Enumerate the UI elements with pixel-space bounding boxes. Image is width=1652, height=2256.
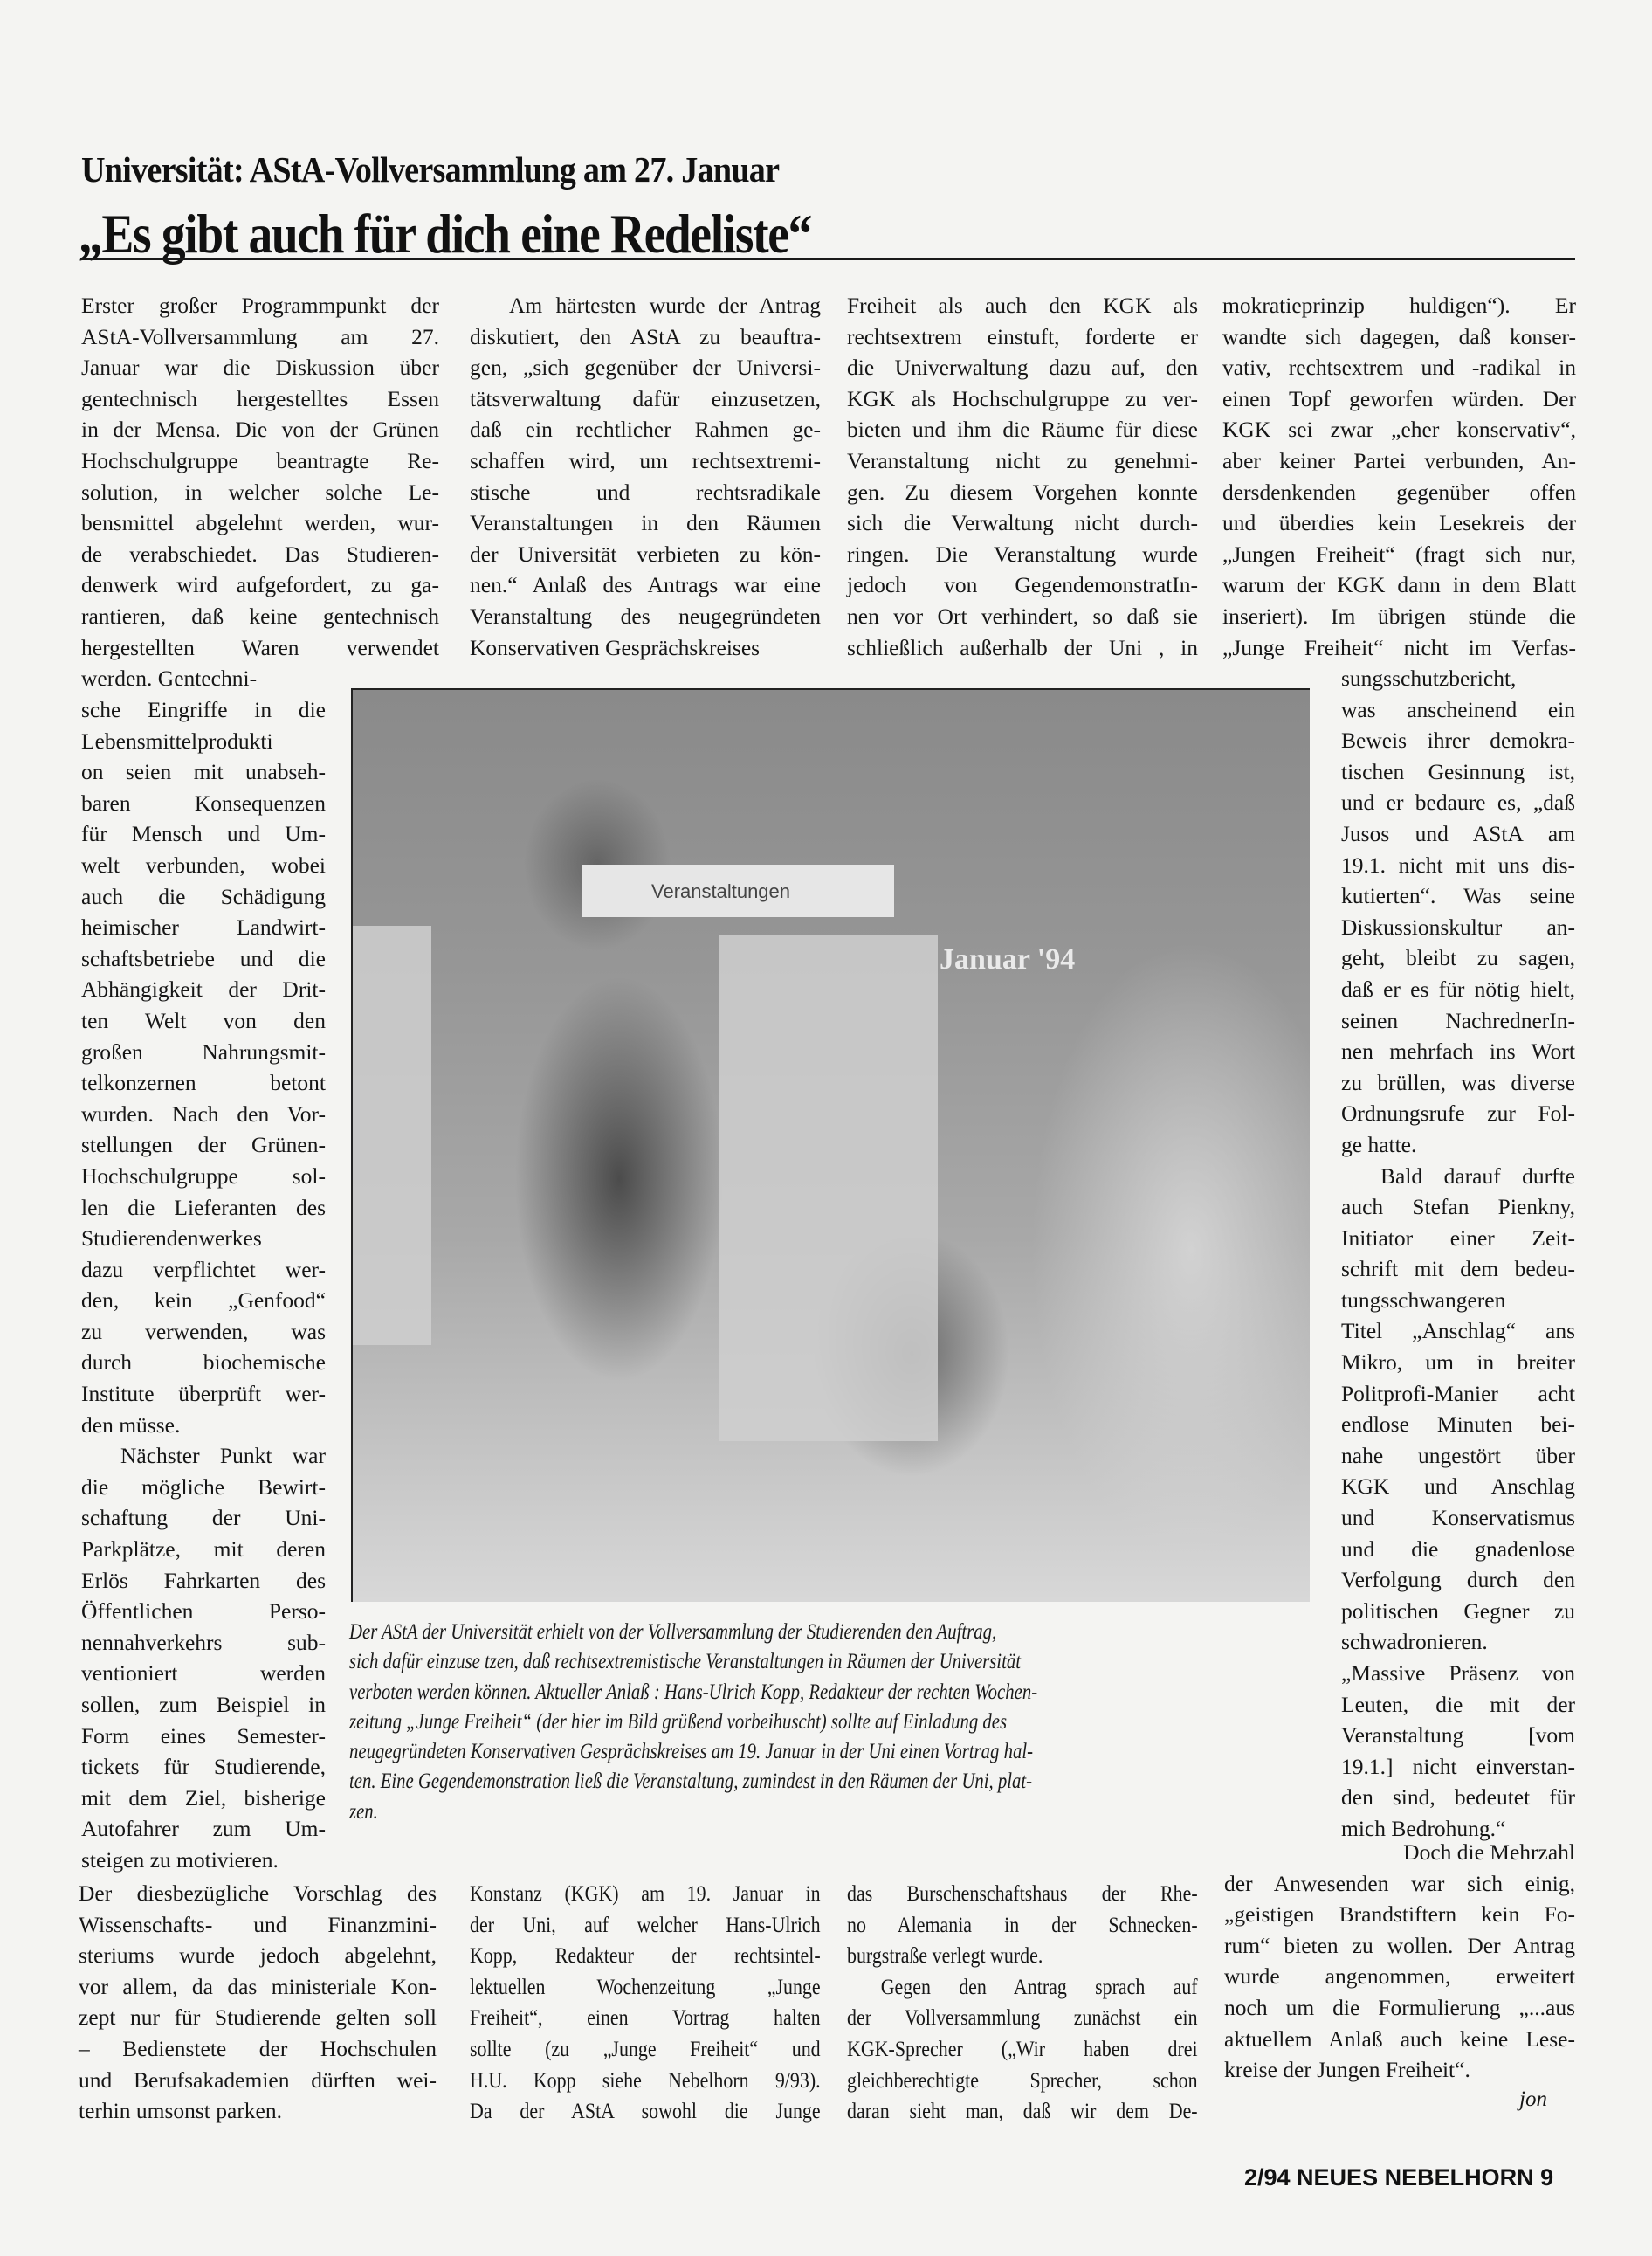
text-line: Da der AStA sowohl die Junge [470, 2095, 821, 2127]
text-line: wurde angenommen, erweitert [1224, 1961, 1575, 1992]
text-line: lektuellen Wochenzeitung „Junge [470, 1971, 821, 2003]
text-line: nennahverkehrs sub- [81, 1627, 326, 1659]
text-line: AStA-Vollversammlung am 27. [81, 321, 439, 353]
text-line: tungsschwangeren [1341, 1285, 1575, 1316]
text-line: steriums wurde jedoch abgelehnt, [79, 1940, 437, 1971]
text-line: geht, bleibt zu sagen, [1341, 942, 1575, 974]
text-line: jedoch von GegendemonstratIn- [847, 569, 1198, 601]
text-line: auch Stefan Pienkny, [1341, 1191, 1575, 1223]
text-line: no Alemania in der Schnecken- [847, 1909, 1198, 1941]
text-line: schaftung der Uni- [81, 1502, 326, 1534]
text-line: daß er es für nötig hielt, [1341, 974, 1575, 1005]
text-line: burgstraße verlegt wurde. [847, 1940, 1198, 1971]
text-line: nen mehrfach ins Wort [1341, 1036, 1575, 1067]
page-footer: 2/94 NEUES NEBELHORN 9 [1244, 2164, 1553, 2191]
text-line: Veranstaltung [vom [1341, 1720, 1575, 1751]
text-line: kreise der Jungen Freiheit“. [1224, 2054, 1575, 2086]
column-4-top: mokratieprinzip huldigen“). Erwandte sic… [1222, 290, 1576, 663]
text-line: de verabschiedet. Das Studieren- [81, 539, 439, 570]
text-line: zu brüllen, was diverse [1341, 1067, 1575, 1099]
text-line: was anscheinend ein [1341, 694, 1575, 726]
text-line: rum“ bieten zu wollen. Der Antrag [1224, 1930, 1575, 1962]
text-line: aber keiner Partei verbunden, An- [1222, 445, 1576, 477]
text-line: H.U. Kopp siehe Nebelhorn 9/93). [470, 2065, 821, 2096]
text-line: sche Eingriffe in die [81, 694, 326, 726]
text-line: vor allem, da das ministeriale Kon- [79, 1971, 437, 2003]
text-line: „Jungen Freiheit“ (fragt sich nur, [1222, 539, 1576, 570]
article-kicker: Universität: AStA-Vollversammlung am 27.… [81, 148, 779, 190]
text-line: rantieren, daß keine gentechnisch [81, 601, 439, 632]
text-line: Erster großer Programmpunkt der [81, 290, 439, 321]
text-line: in der Mensa. Die von der Grünen [81, 414, 439, 445]
text-line: Kopp, Redakteur der rechtsintel- [470, 1940, 821, 1971]
text-line: zept nur für Studierende gelten soll [79, 2002, 437, 2033]
text-line: der Anwesenden war sich einig, [1224, 1868, 1575, 1900]
column-2-bottom: Konstanz (KGK) am 19. Januar inder Uni, … [470, 1878, 821, 2127]
text-line: KGK und Anschlag [1341, 1471, 1575, 1502]
text-line: stellungen der Grünen- [81, 1129, 326, 1161]
text-line: der Universität verbieten zu kön- [470, 539, 821, 570]
text-line: on seien mit unabseh- [81, 756, 326, 788]
text-line: nen vor Ort verhindert, so daß sie [847, 601, 1198, 632]
text-line: diskutiert, den AStA zu beauftra- [470, 321, 821, 353]
text-line: 19.1. nicht mit uns dis- [1341, 850, 1575, 881]
text-line: 19.1.] nicht einverstan- [1341, 1751, 1575, 1783]
text-line: tischen Gesinnung ist, [1341, 756, 1575, 788]
text-line: nen.“ Anlaß des Antrags war eine [470, 569, 821, 601]
text-line: „Junge Freiheit“ nicht im Verfas- [1222, 632, 1576, 664]
text-line: Konstanz (KGK) am 19. Januar in [470, 1878, 821, 1909]
text-line: Titel „Anschlag“ ans [1341, 1315, 1575, 1347]
text-line: sollte (zu „Junge Freiheit“ und [470, 2033, 821, 2065]
text-line: „Massive Präsenz von [1341, 1658, 1575, 1689]
text-line: Parkplätze, mit deren [81, 1534, 326, 1565]
text-line: nahe ungestört über [1341, 1440, 1575, 1472]
photo-sign: Veranstaltungen [582, 865, 894, 917]
text-line: KGK als Hochschulgruppe zu ver- [847, 383, 1198, 415]
text-line: Öffentlichen Perso- [81, 1596, 326, 1627]
text-line: gen, „sich gegenüber der Universi- [470, 352, 821, 383]
text-line: schwadronieren. [1341, 1626, 1575, 1658]
text-line: und Konservatismus [1341, 1502, 1575, 1534]
text-line: noch um die Formulierung „...aus [1224, 1992, 1575, 2024]
text-line: neugegründeten Konservativen Gesprächskr… [349, 1737, 1139, 1767]
headline-rule [80, 258, 1575, 260]
text-line: sungsschutzbericht, [1341, 663, 1575, 694]
text-line: Ordnungsrufe zur Fol- [1341, 1098, 1575, 1129]
text-line: das Burschenschaftshaus der Rhe- [847, 1878, 1198, 1909]
text-line: schaftsbetriebe und die [81, 943, 326, 975]
text-line: „geistigen Brandstiftern kein Fo- [1224, 1899, 1575, 1930]
text-line: und die gnadenlose [1341, 1534, 1575, 1565]
text-line: ringen. Die Veranstaltung wurde [847, 539, 1198, 570]
text-line: Freiheit“, einen Vortrag halten [470, 2002, 821, 2033]
text-line: die Univerwaltung dazu auf, den [847, 352, 1198, 383]
text-line: Hochschulgruppe sol- [81, 1161, 326, 1192]
text-line: Gegen den Antrag sprach auf [847, 1971, 1198, 2003]
text-line: daß ein rechtlicher Rahmen ge- [470, 414, 821, 445]
text-line: heimischer Landwirt- [81, 912, 326, 943]
column-2-top: Am härtesten wurde der Antragdiskutiert,… [470, 290, 821, 663]
text-line: tätsverwaltung dafür einzusetzen, [470, 383, 821, 415]
text-line: Lebensmittelprodukti [81, 726, 326, 757]
text-line: wurden. Nach den Vor- [81, 1099, 326, 1130]
text-line: ventioniert werden [81, 1658, 326, 1689]
text-line: kutierten“. Was seine [1341, 880, 1575, 912]
text-line: Jusos und AStA am [1341, 818, 1575, 850]
text-line: Autofahrer zum Um- [81, 1813, 326, 1845]
text-line: Nächster Punkt war [81, 1440, 326, 1472]
text-line: einen Topf geworfen würden. Der [1222, 383, 1576, 415]
text-line: sich dafür einzuse tzen, daß rechtsextre… [349, 1647, 1139, 1677]
text-line: welt verbunden, wobei [81, 850, 326, 881]
text-line: Politprofi-Manier acht [1341, 1378, 1575, 1410]
text-line: dersdenkenden gegenüber offen [1222, 477, 1576, 508]
text-line: für Mensch und Um- [81, 818, 326, 850]
text-line: zeitung „Junge Freiheit“ (der hier im Bi… [349, 1708, 1139, 1737]
text-line: Veranstaltung des neugegründeten [470, 601, 821, 632]
text-line: verboten werden können. Aktueller Anlaß … [349, 1678, 1139, 1708]
text-line: Diskussionskultur an- [1341, 912, 1575, 943]
text-line: gentechnisch hergestelltes Essen [81, 383, 439, 415]
text-line: den sind, bedeutet für [1341, 1782, 1575, 1813]
text-line: rechtsextrem einstuft, forderte er [847, 321, 1198, 353]
text-line: mit dem Ziel, bisherige [81, 1783, 326, 1814]
text-line: der Vollversammlung zunächst ein [847, 2002, 1198, 2033]
text-line: steigen zu motivieren. [81, 1845, 326, 1876]
text-line: Hochschulgruppe beantragte Re- [81, 445, 439, 477]
column-4-bottom: Doch die Mehrzahlder Anwesenden war sich… [1224, 1837, 1575, 2086]
text-line: Institute überprüft wer- [81, 1378, 326, 1410]
text-line: telkonzernen betont [81, 1067, 326, 1099]
text-line: hergestellten Waren verwendet [81, 632, 439, 664]
text-line: bieten und ihm die Räume für diese [847, 414, 1198, 445]
text-line: den, kein „Genfood“ [81, 1285, 326, 1316]
text-line: sollen, zum Beispiel in [81, 1689, 326, 1721]
column-4-narrow: sungsschutzbericht,was anscheinend einBe… [1341, 663, 1575, 1845]
text-line: und überdies kein Lesekreis der [1222, 507, 1576, 539]
text-line: und Berufsakademien dürften wei- [79, 2065, 437, 2096]
text-line: und er bedaure es, „daß [1341, 787, 1575, 818]
text-line: vativ, rechtsextrem und -radikal in [1222, 352, 1576, 383]
text-line: terhin umsonst parken. [79, 2095, 437, 2127]
text-line: KGK sei zwar „eher konservativ“, [1222, 414, 1576, 445]
text-line: inseriert). Im übrigen stünde die [1222, 601, 1576, 632]
text-line: Studierendenwerkes [81, 1223, 326, 1254]
text-line: den müsse. [81, 1410, 326, 1441]
text-line: ge hatte. [1341, 1129, 1575, 1161]
column-1-top: Erster großer Programmpunkt derAStA-Voll… [81, 290, 439, 694]
text-line: ten Welt von den [81, 1005, 326, 1037]
text-line: ten. Eine Gegendemonstration ließ die Ve… [349, 1767, 1139, 1797]
text-line: zu verwenden, was [81, 1316, 326, 1348]
photo-caption: Der AStA der Universität erhielt von der… [349, 1618, 1301, 1827]
text-line: durch biochemische [81, 1347, 326, 1378]
text-line: stische und rechtsradikale [470, 477, 821, 508]
text-line: die mögliche Bewirt- [81, 1472, 326, 1503]
photo-poster-center [719, 935, 938, 1441]
text-line: Der diesbezügliche Vorschlag des [79, 1878, 437, 1909]
text-line: zen. [349, 1797, 1139, 1827]
text-line: bensmittel abgelehnt werden, wur- [81, 507, 439, 539]
text-line: Form eines Semester- [81, 1721, 326, 1752]
text-line: Veranstaltungen in den Räumen [470, 507, 821, 539]
text-line: Freiheit als auch den KGK als [847, 290, 1198, 321]
text-line: Leuten, die mit der [1341, 1689, 1575, 1721]
text-line: gleichberechtigte Sprecher, schon [847, 2065, 1198, 2096]
article-photo: Veranstaltungen Januar '94 [351, 688, 1310, 1602]
text-line: schrift mit dem bedeu- [1341, 1253, 1575, 1285]
text-line: solution, in welcher solche Le- [81, 477, 439, 508]
text-line: Veranstaltung nicht zu genehmi- [847, 445, 1198, 477]
text-line: warum der KGK dann in dem Blatt [1222, 569, 1576, 601]
byline: jon [1519, 2087, 1547, 2112]
text-line: Mikro, um in breiter [1341, 1347, 1575, 1378]
text-line: großen Nahrungsmit- [81, 1037, 326, 1068]
text-line: der Uni, auf welcher Hans-Ulrich [470, 1909, 821, 1941]
text-line: Doch die Mehrzahl [1224, 1837, 1575, 1868]
text-line: Der AStA der Universität erhielt von der… [349, 1618, 1139, 1647]
text-line: dazu verpflichtet wer- [81, 1254, 326, 1286]
text-line: Verfolgung durch den [1341, 1564, 1575, 1596]
photo-poster-left [353, 926, 431, 1345]
text-line: seinen NachrednerIn- [1341, 1005, 1575, 1037]
text-line: Wissenschafts- und Finanzmini- [79, 1909, 437, 1941]
text-line: Initiator einer Zeit- [1341, 1223, 1575, 1254]
text-line: tickets für Studierende, [81, 1751, 326, 1783]
text-line: endlose Minuten bei- [1341, 1409, 1575, 1440]
text-line: len die Lieferanten des [81, 1192, 326, 1224]
photo-poster-label: Januar '94 [940, 943, 1075, 976]
text-line: Januar war die Diskussion über [81, 352, 439, 383]
text-line: schaffen wird, um rechtsextremi- [470, 445, 821, 477]
text-line: Am härtesten wurde der Antrag [470, 290, 821, 321]
text-line: gen. Zu diesem Vorgehen konnte [847, 477, 1198, 508]
text-line: daran sieht man, daß wir dem De- [847, 2095, 1198, 2127]
text-line: schließlich außerhalb der Uni , in [847, 632, 1198, 664]
text-line: baren Konsequenzen [81, 788, 326, 819]
text-line: Beweis ihrer demokra- [1341, 725, 1575, 756]
column-3-top: Freiheit als auch den KGK alsrechtsextre… [847, 290, 1198, 663]
text-line: Erlös Fahrkarten des [81, 1565, 326, 1597]
text-line: Bald darauf durfte [1341, 1161, 1575, 1192]
text-line: aktuellem Anlaß auch keine Lese- [1224, 2024, 1575, 2055]
text-line: sich die Verwaltung nicht durch- [847, 507, 1198, 539]
text-line: – Bedienstete der Hochschulen [79, 2033, 437, 2065]
column-1-narrow: sche Eingriffe in dieLebensmittelprodukt… [81, 694, 326, 1876]
text-line: Konservativen Gesprächskreises [470, 632, 821, 664]
text-line: politischen Gegner zu [1341, 1596, 1575, 1627]
text-line: denwerk wird aufgefordert, zu ga- [81, 569, 439, 601]
text-line: auch die Schädigung [81, 881, 326, 913]
text-line: Abhängigkeit der Drit- [81, 974, 326, 1005]
column-3-bottom: das Burschenschaftshaus der Rhe-no Alema… [847, 1878, 1198, 2127]
text-line: KGK-Sprecher („Wir haben drei [847, 2033, 1198, 2065]
text-line: mokratieprinzip huldigen“). Er [1222, 290, 1576, 321]
text-line: wandte sich dagegen, daß konser- [1222, 321, 1576, 353]
column-1-bottom: Der diesbezügliche Vorschlag desWissensc… [79, 1878, 437, 2127]
